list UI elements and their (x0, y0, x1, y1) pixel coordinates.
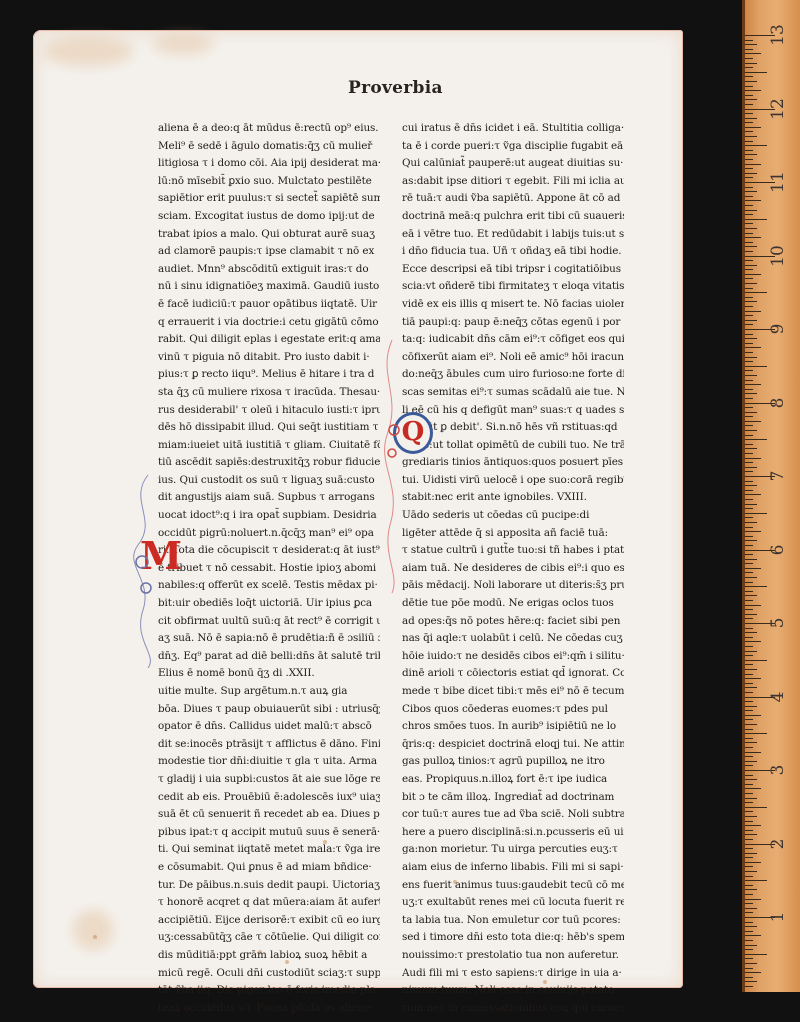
ruler-tick (745, 871, 757, 872)
ruler-tick (745, 494, 761, 495)
ruler-tick (745, 338, 757, 339)
ruler-tick (745, 968, 753, 969)
ruler-tick (745, 104, 753, 105)
text-line: τ honorē acqret q dat mūera:aiam āt aufe… (158, 894, 380, 912)
ruler-tick (745, 311, 761, 312)
text-line: micū regē. Oculi dn̄i custodiūt sciaʒ:τ … (158, 965, 380, 983)
ruler-tick (745, 150, 753, 151)
text-line: uitie multe. Sup argētum.n.τ auꝝ gia (158, 683, 380, 701)
text-line: accipiētiū. Eijce derisorē:τ exibit cū e… (158, 912, 380, 930)
text-line: mede τ bibe dicet tibi:τ mēs ei⁹ nō ē te… (402, 683, 624, 701)
ruler-number: 3 (768, 758, 788, 782)
ruler-tick (745, 981, 757, 982)
text-line: uʒ:cessabūtq̄ʒ cāe τ cōtūelie. Qui dilig… (158, 929, 380, 947)
ruler-tick (745, 513, 767, 514)
ruler-tick (745, 347, 761, 348)
text-line: q̄ris:q: despiciet doctrinā eloqj tui. N… (402, 736, 624, 754)
ruler-tick (745, 159, 753, 160)
ruler-tick (745, 177, 753, 178)
ruler-tick (745, 471, 753, 472)
ruler-tick (745, 977, 753, 978)
ruler-tick (745, 628, 753, 629)
ruler-tick (745, 370, 753, 371)
text-line: stabit:nec erit ante ignobiles. VXIII. (402, 489, 624, 507)
text-line: bōa. Diues τ paup obuiauerūt sibi : utri… (158, 701, 380, 719)
ruler-tick (745, 72, 767, 73)
ruler-tick (745, 719, 753, 720)
ruler-tick (745, 821, 753, 822)
text-line: Meli⁹ ē sedē i āgulo domatis:q̄ʒ cū muli… (158, 138, 380, 156)
text-line: q errauerit i via doctrie:i cetu gigātū … (158, 314, 380, 332)
ruler-number: 4 (768, 685, 788, 709)
ruler-tick (745, 260, 753, 261)
text-line: dēs hō dissipabit illud. Qui seq̄t iusti… (158, 419, 380, 437)
ruler-tick (745, 701, 753, 702)
text-line: aʒ suā. Nō ē sapia:nō ē prudētia:ñ ē ɔsi… (158, 630, 380, 648)
text-line: nas q̄i aqle:τ uolabūt i celū. Ne cōedas… (402, 630, 624, 648)
ruler-tick (745, 269, 753, 270)
ruler-tick (745, 531, 761, 532)
ruler-tick (745, 738, 753, 739)
text-line: ad opes:q̄s nō potes hēre:q: faciet sibi… (402, 613, 624, 631)
ruler-tick (745, 761, 757, 762)
text-line: li eē cū his q defigūt man⁹ suas:τ q uad… (402, 402, 624, 420)
ruler-tick (745, 67, 753, 68)
ruler-tick (745, 191, 757, 192)
text-line: nouissimo:τ prestolatio tua non auferetu… (402, 947, 624, 965)
ruler-tick (745, 389, 753, 390)
text-line: Ecce descripsi eā tibi tripsr i cogitati… (402, 261, 624, 279)
ruler-tick (745, 81, 757, 82)
ruler-tick (745, 435, 753, 436)
ruler-tick (745, 131, 753, 132)
text-line: dinē arioli τ cōiectoris estiat qd̄ igno… (402, 665, 624, 683)
ruler-tick (745, 784, 753, 785)
ruler-tick (745, 118, 757, 119)
ruler-tick (745, 283, 757, 284)
ruler-tick (745, 196, 753, 197)
ruler-tick (745, 58, 753, 59)
ruler-tick (745, 508, 753, 509)
ruler-tick (745, 223, 753, 224)
ruler-tick (745, 40, 753, 41)
ruler-tick (745, 99, 757, 100)
ruler-tick (745, 687, 757, 688)
ruler-tick (745, 816, 757, 817)
text-line: ius. Qui custodit os suū τ liguaʒ suā:cu… (158, 472, 380, 490)
ruler-tick (745, 591, 753, 592)
ruler-number: 11 (768, 170, 788, 194)
ruler-tick (745, 219, 767, 220)
text-line: sciam. Excogitat iustus de domo ipij:ut … (158, 208, 380, 226)
text-line: dit angustijs aiam suā. Supbus τ arrogan… (158, 489, 380, 507)
ruler-tick (745, 76, 753, 77)
ruler-tick (745, 421, 761, 422)
ruler-tick (745, 862, 761, 863)
ruler-tick (745, 646, 753, 647)
ruler-tick (745, 931, 753, 932)
text-line: ri. Tota die cōcupiscit τ desiderat:q āt… (158, 542, 380, 560)
text-line: offerūt ꝑ debit'. Si.n.nō hēs vñ rstitua… (402, 419, 624, 437)
text-line: doctrinā meā:q pulchra erit tibi cū suau… (402, 208, 624, 226)
ruler-tick (745, 839, 753, 840)
text-line: nimum tuum. Noli esse in couiuijs potato… (402, 982, 624, 1000)
ruler-tick (745, 86, 753, 87)
text-line: dis mūditiā:ppt grām labioꝝ suoꝝ hēbit a (158, 947, 380, 965)
foxing-spot (93, 935, 97, 939)
ruler-tick (745, 568, 761, 569)
text-line: uʒ:τ exultabūt renes mei cū locuta fueri… (402, 894, 624, 912)
ruler-tick (745, 692, 753, 693)
stain (43, 36, 133, 66)
ruler-tick (745, 857, 753, 858)
right-text-column: cui iratus ē dn̄s icidet i eā. Stultitia… (402, 120, 624, 1017)
text-line: nabiles:q offerūt ex scelē. Testis mēdax… (158, 577, 380, 595)
text-line: ta ē i corde pueri:τ ṽga disciplie fugab… (402, 138, 624, 156)
ruler-tick (745, 866, 753, 867)
ruler-tick (745, 278, 753, 279)
text-line: pibus ipat:τ q accipit mutuū suus ē sene… (158, 824, 380, 842)
ruler-tick (745, 430, 757, 431)
text-line: ē facē iudiciū:τ pauor opātibus iiqtatē.… (158, 296, 380, 314)
text-line: pius:τ ꝑ recto iiqu⁹. Melius ē hitare i … (158, 366, 380, 384)
ruler-tick (745, 559, 757, 560)
ruler-tick (745, 205, 753, 206)
stain (153, 34, 213, 54)
text-line: aliena ē a deo:q āt mūdus ē:rectū op⁹ ei… (158, 120, 380, 138)
text-line: cit obfirmat uultū suū:q āt rect⁹ ē corr… (158, 613, 380, 631)
ruler-tick (745, 407, 753, 408)
text-line: tui. Uidisti virū uelocē i ope suo:corā … (402, 472, 624, 490)
text-line: aiam eius de inferno libabis. Fili mi si… (402, 859, 624, 877)
ruler-tick (745, 600, 753, 601)
ruler-tick (745, 527, 753, 528)
ruler-tick (745, 724, 757, 725)
ruler-tick (745, 922, 753, 923)
ruler-tick (745, 233, 753, 234)
stain (73, 910, 113, 950)
ruler-tick (745, 655, 753, 656)
ruler-tick (745, 747, 753, 748)
ruler-tick (745, 935, 761, 936)
text-line: ga:non morietur. Tu uirga percuties euʒ:… (402, 841, 624, 859)
ruler-tick (745, 710, 753, 711)
ruler-tick (745, 141, 753, 142)
ruler-tick (745, 632, 757, 633)
ruler-number: 8 (768, 391, 788, 415)
text-line: eā i vētre tuo. Et redūdabit i labijs tu… (402, 226, 624, 244)
ruler-tick (745, 706, 757, 707)
ruler-tick (745, 641, 761, 642)
ruler-tick (745, 651, 757, 652)
text-line: rē tuā:τ audi ṽba sapiētū. Appone āt cō … (402, 190, 624, 208)
ruler-tick (745, 448, 757, 449)
ruler-tick (745, 637, 753, 638)
text-line: dn̄ʒ. Eq⁹ parat ad diē belli:dn̄s āt sal… (158, 648, 380, 666)
text-line: ē tribuet τ nō cessabit. Hostie ipioʒ ab… (158, 560, 380, 578)
ruler-tick (745, 90, 761, 91)
text-line: bit:uir obediēs loq̄t uictoriā. Uir ipiu… (158, 595, 380, 613)
text-line: ta:q: iudicabit dn̄s cām ei⁹:τ cōfiget e… (402, 331, 624, 349)
text-line: teaꝝ occidēdus sū. Fouea ꝑfūda os aliene… (158, 1000, 380, 1018)
ruler-number: 2 (768, 832, 788, 856)
text-line: ta labia tua. Non emuletur cor tuū pcore… (402, 912, 624, 930)
ruler-tick (745, 678, 761, 679)
ruler-tick (745, 779, 757, 780)
ruler-tick (745, 320, 757, 321)
text-line: chros smōes tuos. In aurib⁹ isipiētiū ne… (402, 718, 624, 736)
ruler-tick (745, 173, 757, 174)
ruler-tick (745, 242, 753, 243)
ruler-tick (745, 830, 753, 831)
text-line: do:neq̄ʒ ābules cum uiro furioso:ne fort… (402, 366, 624, 384)
text-line: dētie tue pōe modū. Ne erigas oclos tuos (402, 595, 624, 613)
text-line: sta q̄ʒ cū muliere rixosa τ iracūda. The… (158, 384, 380, 402)
text-line: tāt ṽba iiq. Dic piger:leo ē foris imedi… (158, 982, 380, 1000)
ruler-tick (745, 949, 753, 950)
ruler-tick (745, 288, 753, 289)
text-line: Uādo sederis ut cōedas cū pucipe:di (402, 507, 624, 525)
text-line: ligēter attēde q̄ si apposita añ faciē t… (402, 525, 624, 543)
ruler-tick (745, 352, 753, 353)
ruler-tick (745, 292, 767, 293)
ruler-tick (745, 903, 753, 904)
ruler-tick (745, 788, 761, 789)
ruler-tick (745, 168, 753, 169)
text-line: cor tuū:τ aures tue ad ṽba sciē. Noli su… (402, 806, 624, 824)
text-line: cui iratus ē dn̄s icidet i eā. Stultitia… (402, 120, 624, 138)
ruler-tick (745, 885, 753, 886)
ruler-tick (745, 113, 753, 114)
ruler-tick (745, 425, 753, 426)
ruler-tick (745, 660, 767, 661)
ruler-tick (745, 729, 753, 730)
ruler-tick (745, 540, 757, 541)
ruler-tick (745, 462, 753, 463)
ruler-tick (745, 343, 753, 344)
ruler-tick (745, 908, 757, 909)
ruler-tick (745, 586, 767, 587)
ruler-tick (745, 554, 753, 555)
ruler-tick (745, 412, 757, 413)
text-line: rabit. Qui diligit eplas i egestate erit… (158, 331, 380, 349)
ruler-tick (745, 798, 757, 799)
ruler-tick (745, 361, 753, 362)
ruler-number: 7 (768, 464, 788, 488)
ruler-tick (745, 439, 767, 440)
text-line: hōie iuido:τ ne desidēs cibos ei⁹:qm̄ i … (402, 648, 624, 666)
ruler-number: 13 (768, 23, 788, 47)
ruler-tick (745, 614, 757, 615)
ruler-tick (745, 940, 753, 941)
ruler-tick (745, 733, 767, 734)
ruler-tick (745, 499, 753, 500)
text-line: Cibos quos cōederas euomes:τ pdes pul (402, 701, 624, 719)
ruler-number: 12 (768, 97, 788, 121)
ruler-tick (745, 825, 761, 826)
ruler-tick (745, 811, 753, 812)
ruler-tick (745, 485, 757, 486)
text-line: miam:iueiet uitā iustitiā τ gliam. Ciuit… (158, 437, 380, 455)
measuring-ruler: 12345678910111213 (742, 0, 800, 992)
ruler-tick (745, 517, 753, 518)
ruler-tick (745, 756, 753, 757)
ruler-tick (745, 536, 753, 537)
text-line: ad clamorē paupis:τ ipse clamabit τ nō e… (158, 243, 380, 261)
text-line: suā ēt cū senuerit ñ recedet ab ea. Diue… (158, 806, 380, 824)
text-line: i dn̄o fiducia tua. Uñ τ oñdaʒ eā tibi h… (402, 243, 624, 261)
text-line: cedit ab eis. Prouēbiū ē:adolescēs iux⁹ … (158, 789, 380, 807)
marginal-flourish-red (372, 335, 412, 595)
ruler-tick (745, 53, 761, 54)
ruler-tick (745, 876, 753, 877)
ruler-number: 1 (768, 905, 788, 929)
ruler-tick (745, 416, 753, 417)
text-line: e cōsumabit. Qui ꝑnus ē ad miam bñdice· (158, 859, 380, 877)
ruler-tick (745, 122, 753, 123)
ruler-tick (745, 752, 761, 753)
ruler-tick (745, 972, 761, 973)
text-line: modestie tior dn̄i:diuitie τ gla τ uita.… (158, 753, 380, 771)
ruler-tick (745, 187, 753, 188)
text-line: tur. De pāibus.n.suis dedit paupi. Uicto… (158, 877, 380, 895)
ruler-number: 9 (768, 317, 788, 341)
ruler-tick (745, 807, 767, 808)
ruler-tick (745, 504, 757, 505)
ruler-tick (745, 894, 753, 895)
ruler-tick (745, 357, 757, 358)
ruler-number: 6 (768, 538, 788, 562)
ruler-tick (745, 664, 753, 665)
ruler-tick (745, 95, 753, 96)
text-line: τ gladij i uia supbi:custos āt aie sue l… (158, 771, 380, 789)
ruler-tick (745, 49, 753, 50)
ruler-tick (745, 674, 753, 675)
text-line: rum:nec in comessationibus eoꝝ qui carne… (402, 1000, 624, 1018)
text-line: Elius ē nomē bonū q̄ʒ di .XXII. (158, 665, 380, 683)
ruler-tick (745, 324, 753, 325)
text-line: audiet. Mnn⁹ abscōditū extiguit iras:τ d… (158, 261, 380, 279)
text-line: ens fuerit animus tuus:gaudebit tecū cō … (402, 877, 624, 895)
text-line: grediaris tinios āntiquos:quos posuert p… (402, 454, 624, 472)
ruler-tick (745, 582, 753, 583)
text-line: aiam tuā. Ne desideres de cibis ei⁹:i qu… (402, 560, 624, 578)
ruler-tick (745, 301, 757, 302)
text-line: sapiētior erit puulus:τ si sectet̃ sapiē… (158, 190, 380, 208)
ruler-tick (745, 572, 753, 573)
ruler-tick (745, 228, 757, 229)
text-line: here a puero disciplinā:si.n.pcusseris e… (402, 824, 624, 842)
text-line: scia:vt oñderē tibi firmitateʒ τ eloqa v… (402, 278, 624, 296)
ruler-tick (745, 793, 753, 794)
ruler-tick (745, 398, 753, 399)
ruler-tick (745, 715, 761, 716)
ruler-tick (745, 246, 757, 247)
text-line: gas pulloꝝ tinios:τ agrū pupilloꝝ ne itr… (402, 753, 624, 771)
text-line: opator ē dn̄s. Callidus uidet malū:τ abs… (158, 718, 380, 736)
text-line: pāis mēdacij. Noli laborare ut diteris:s… (402, 577, 624, 595)
ruler-tick (745, 899, 761, 900)
ruler-number: 10 (768, 244, 788, 268)
text-line: litigiosa τ i domo cōi. Aia ipij desider… (158, 155, 380, 173)
ruler-tick (745, 251, 753, 252)
text-line: ti. Qui seminat iiqtatē metet mala:τ ṽga… (158, 841, 380, 859)
ruler-tick (745, 609, 753, 610)
text-line: rus desiderabil' τ oleū i hitaculo iusti… (158, 402, 380, 420)
ruler-tick (745, 880, 767, 881)
ruler-tick (745, 237, 761, 238)
text-line: cōfixerūt aiam ei⁹. Noli eē amic⁹ hōi ir… (402, 349, 624, 367)
running-head: Proverbia (348, 78, 443, 98)
ruler-tick (745, 683, 753, 684)
ruler-tick (745, 618, 753, 619)
ruler-tick (745, 315, 753, 316)
ruler-tick (745, 145, 767, 146)
ruler-tick (745, 380, 753, 381)
ruler-tick (745, 834, 757, 835)
ruler-tick (745, 306, 753, 307)
ruler-tick (745, 384, 761, 385)
ruler-tick (745, 954, 767, 955)
text-line: lū:nō mīsebit̄ ꝑxio suo. Mulctato pestil… (158, 173, 380, 191)
text-line: occidūt pigrū:noluert.n.q̄cq̄ʒ man⁹ ei⁹ … (158, 525, 380, 543)
ruler-tick (745, 214, 753, 215)
ruler-tick (745, 154, 757, 155)
ruler-tick (745, 595, 757, 596)
ruler-tick (745, 889, 757, 890)
text-line: sed i timore dn̄i esto tota die:q: hēb's… (402, 929, 624, 947)
text-line: uocat idoct⁹:q i ira opat̄ supbiam. Desi… (158, 507, 380, 525)
text-line: Qui calūniat̃ pauperē:ut augeat diuitias… (402, 155, 624, 173)
ruler-tick (745, 490, 753, 491)
text-line: as:dabit ipse ditiori τ egebit. Fili mi … (402, 173, 624, 191)
text-line: nū i sinu idignatiōeʒ maximā. Gaudiū ius… (158, 278, 380, 296)
text-line: eas. Propiquus.n.illoꝝ fort ē:τ ipe iudi… (402, 771, 624, 789)
ruler-tick (745, 545, 753, 546)
ruler-tick (745, 605, 761, 606)
ruler-tick (745, 444, 753, 445)
ruler-tick (745, 375, 757, 376)
ruler-tick (745, 802, 753, 803)
ruler-tick (745, 467, 757, 468)
ruler-tick (745, 926, 757, 927)
text-line: τ statue cultrū i gutt̃e tuo:si tñ habes… (402, 542, 624, 560)
text-line: dit se:inocēs ptrāsijt τ afflictus ē dān… (158, 736, 380, 754)
ruler-tick (745, 669, 757, 670)
ruler-tick (745, 912, 753, 913)
ruler-tick (745, 986, 753, 987)
ruler-tick (745, 164, 761, 165)
text-line: Audi fili mi τ esto sapiens:τ dirige in … (402, 965, 624, 983)
ruler-tick (745, 853, 757, 854)
text-line: bit ɔ te cām illoꝝ. Ingrediat̃ ad doctri… (402, 789, 624, 807)
ruler-tick (745, 775, 753, 776)
ruler-tick (745, 958, 753, 959)
ruler-tick (745, 563, 753, 564)
text-line: tiū ascēdit sapiēs:destruxitq̄ʒ robur fi… (158, 454, 380, 472)
ruler-tick (745, 577, 757, 578)
text-line: vinū τ piguia nō ditabit. Pro iusto dabi… (158, 349, 380, 367)
marginal-flourish-blue (118, 470, 168, 670)
ruler-tick (745, 963, 757, 964)
text-line: cāe ē:ut tollat opimētū de cubili tuo. N… (402, 437, 624, 455)
text-line: scas semitas ei⁹:τ sumas scādalū aie tue… (402, 384, 624, 402)
ruler-tick (745, 334, 753, 335)
ruler-tick (745, 742, 757, 743)
ruler-tick (745, 848, 753, 849)
left-text-column: aliena ē a deo:q āt mūdus ē:rectū op⁹ ei… (158, 120, 380, 1017)
ruler-tick (745, 210, 757, 211)
